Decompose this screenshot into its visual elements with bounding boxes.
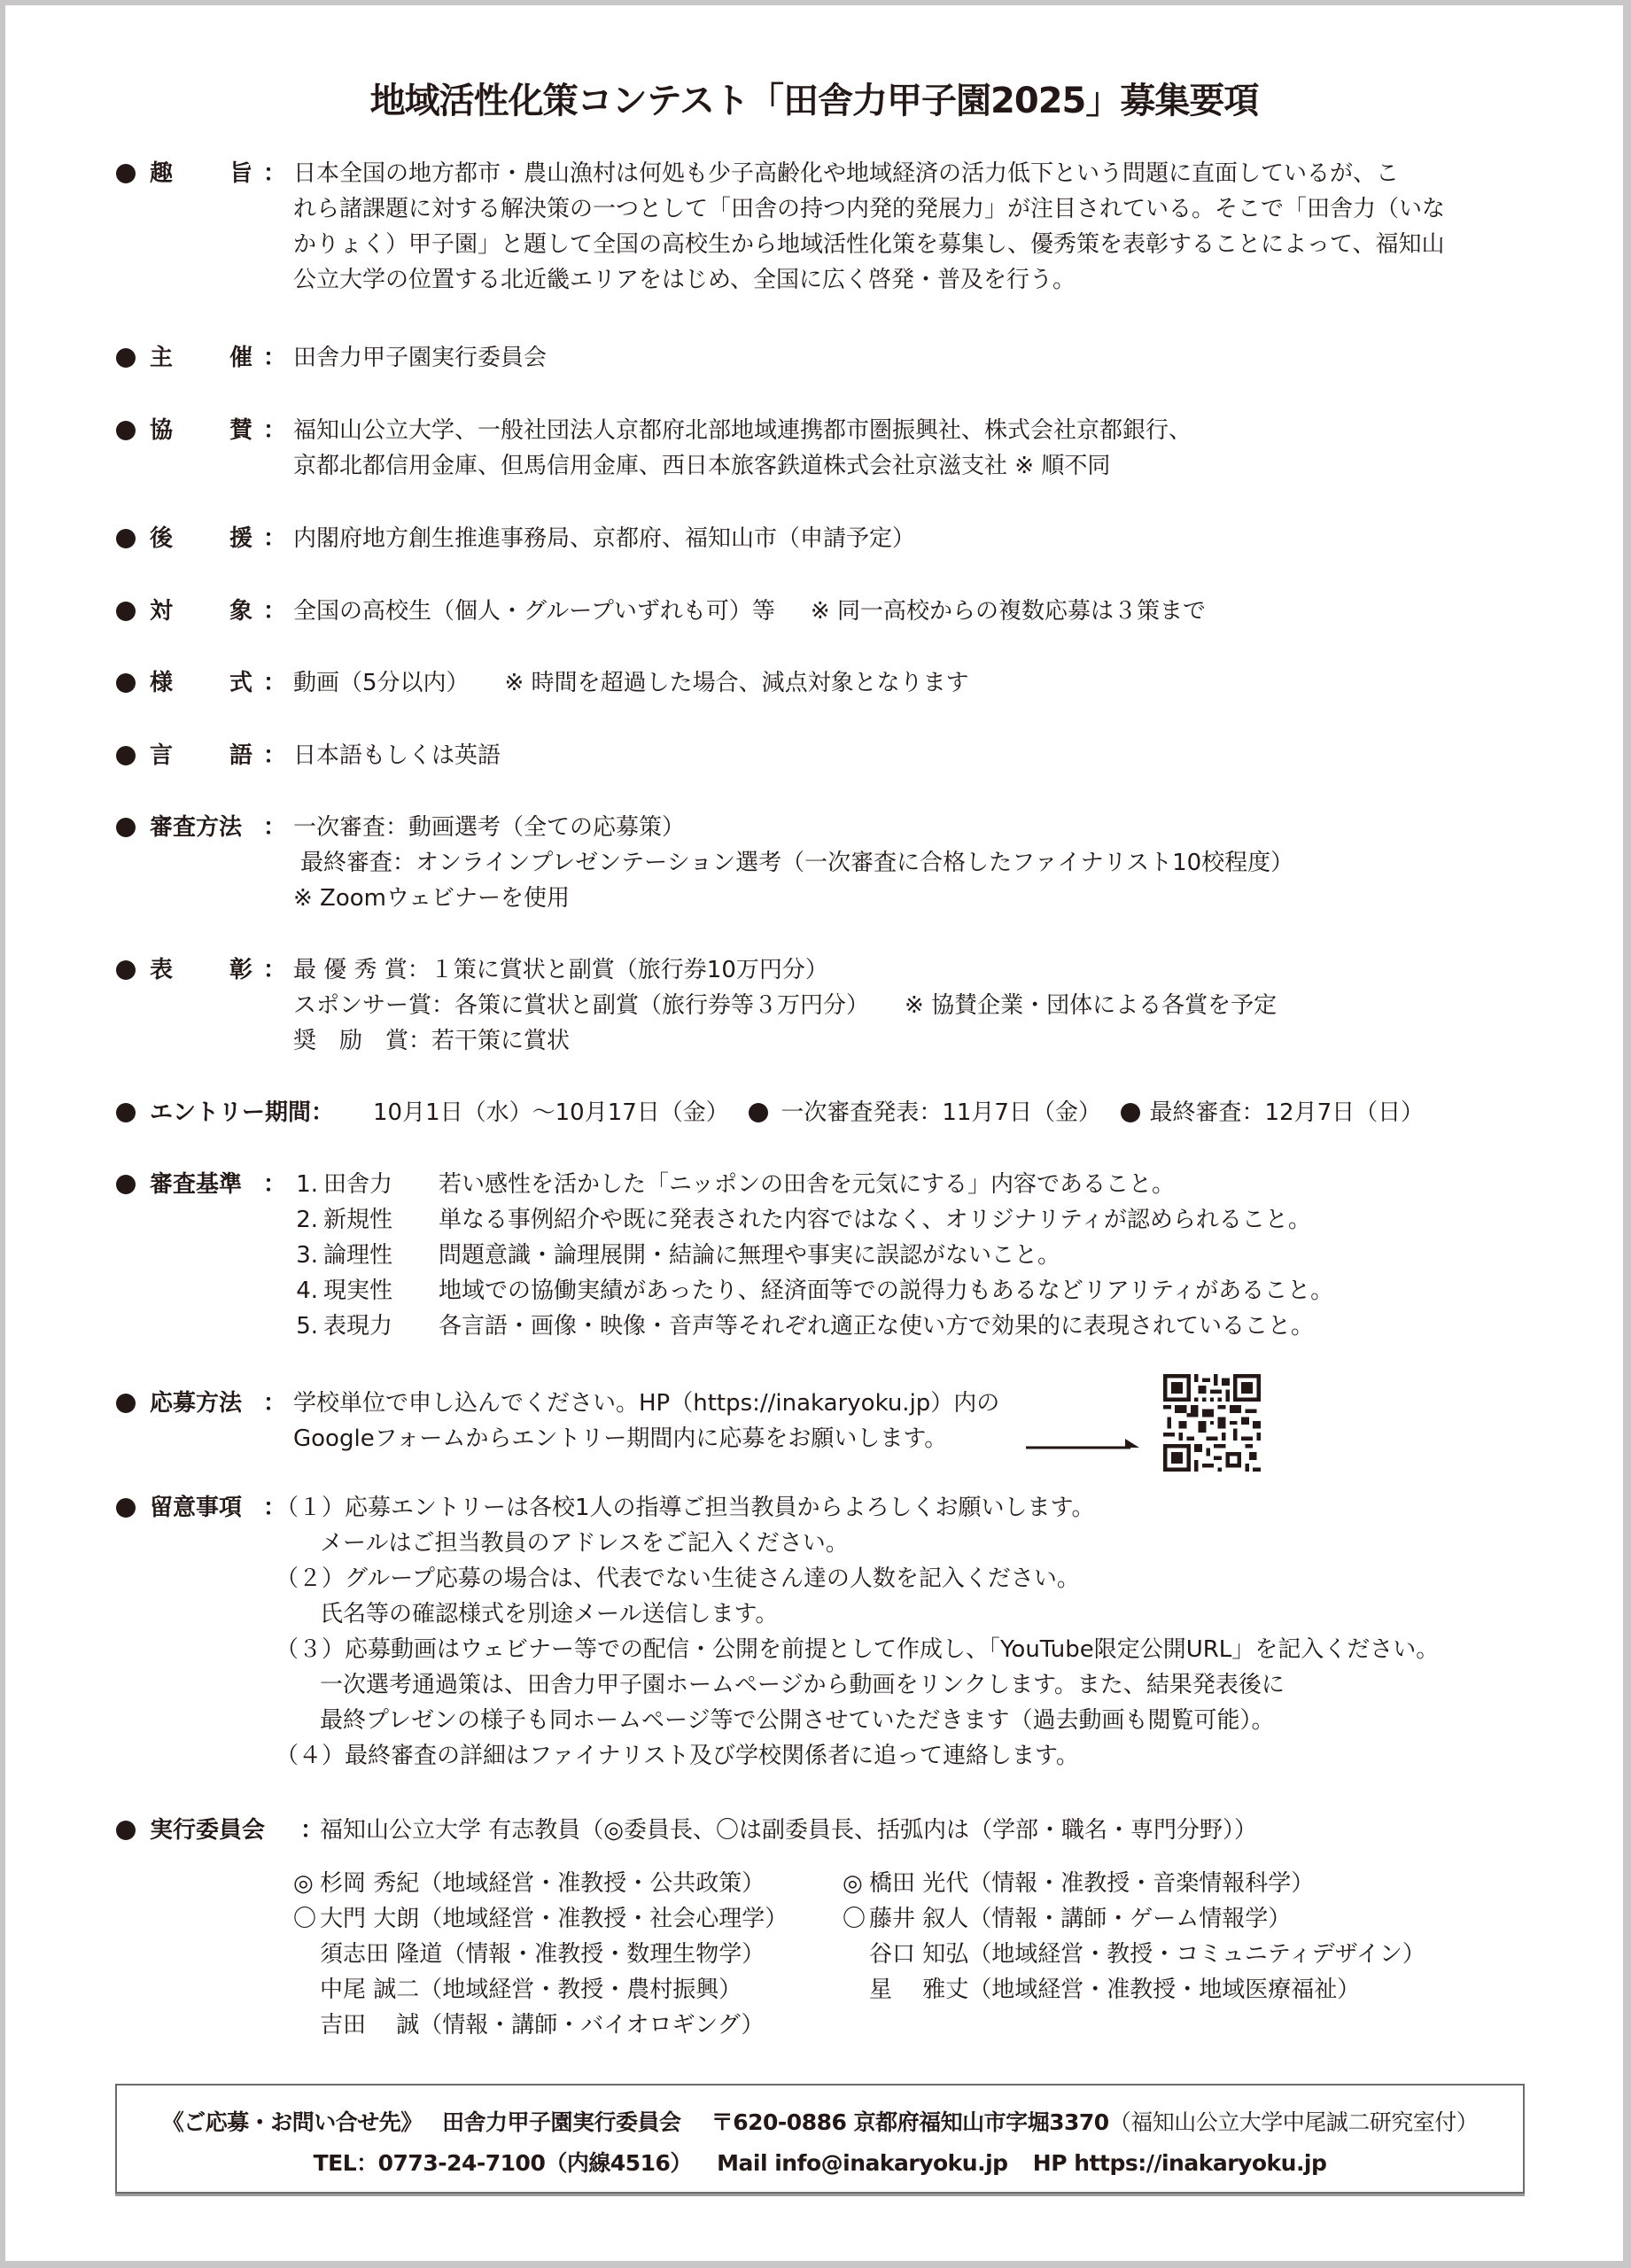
members-right: ◎橋田 光代（情報・准教授・音楽情報科学） 〇藤井 叙人（情報・講師・ゲーム情報… xyxy=(843,1866,1425,2008)
section-label: エントリー期間： xyxy=(150,1095,334,1130)
bullet-icon xyxy=(116,421,136,440)
member: ◎杉岡 秀紀（地域経営・准教授・公共政策） xyxy=(293,1866,788,1901)
first-result-date: 一次審査発表：11月7日（金） xyxy=(781,1099,1101,1126)
section-body: 10月1日（水）～10月17日（金） 一次審査発表：11月7日（金） 最終審査：… xyxy=(373,1095,1424,1130)
section-body: 一次審査：動画選考（全ての応募策） 最終審査：オンラインプレゼンテーション選考（… xyxy=(293,810,1293,916)
contact-address-line: 《ご応募・お問い合せ先》 田舎力甲子園実行委員会 〒620-0886 京都府福知… xyxy=(117,2105,1523,2137)
bullet-icon xyxy=(116,1175,136,1194)
document-page: 地域活性化策コンテスト「田舎力甲子園2025」募集要項 趣旨： 日本全国の地方都… xyxy=(5,5,1623,2261)
bullet-icon xyxy=(116,164,136,183)
contact-tel-line: TEL：0773-24-7100（内線4516） Mail info@inaka… xyxy=(117,2146,1523,2178)
member: 〇大門 大朗（地域経営・准教授・社会心理学） xyxy=(293,1901,788,1937)
contact-org: 田舎力甲子園実行委員会 xyxy=(442,2109,681,2135)
section-body: （１）応募エントリーは各校1人の指導ご担当教員からよろしくお願いします。 メール… xyxy=(276,1490,1439,1774)
note-item: （２）グループ応募の場合は、代表でない生徒さん達の人数を記入ください。 xyxy=(276,1561,1439,1596)
bullet-icon xyxy=(1121,1103,1140,1122)
members-left: ◎杉岡 秀紀（地域経営・准教授・公共政策） 〇大門 大朗（地域経営・准教授・社会… xyxy=(293,1866,788,2043)
section-body: 1.田舎力若い感性を活かした「ニッポンの田舎を元気にする」内容であること。 2.… xyxy=(284,1167,1333,1344)
bullet-icon xyxy=(749,1103,768,1122)
section-body: 田舎力甲子園実行委員会 xyxy=(293,340,547,376)
contact-box: 《ご応募・お問い合せ先》 田舎力甲子園実行委員会 〒620-0886 京都府福知… xyxy=(115,2084,1525,2194)
member: 須志田 隆道（情報・准教授・数理生物学） xyxy=(293,1937,788,1972)
contact-tel[interactable]: TEL：0773-24-7100（内線4516） xyxy=(314,2150,692,2176)
note: ※ 時間を超過した場合、減点対象となります xyxy=(505,670,969,696)
section-body: 日本語もしくは英語 xyxy=(293,738,501,773)
contact-heading: 《ご応募・お問い合せ先》 xyxy=(162,2109,423,2135)
bullet-icon xyxy=(116,1103,136,1122)
bullet-icon xyxy=(116,529,136,548)
note-item: （１）応募エントリーは各校1人の指導ご担当教員からよろしくお願いします。 xyxy=(276,1490,1439,1526)
bullet-icon xyxy=(116,746,136,765)
member: 谷口 知弘（地域経営・教授・コミュニティデザイン） xyxy=(843,1937,1425,1972)
section-body: 最 優 秀 賞：１策に賞状と副賞（旅行券10万円分） スポンサー賞：各策に賞状と… xyxy=(293,952,1277,1059)
entry-period: 10月1日（水）～10月17日（金） xyxy=(373,1099,729,1126)
bullet-icon xyxy=(116,818,136,837)
contact-address-note: （福知山公立大学中尾誠二研究室付） xyxy=(1109,2109,1479,2135)
bullet-icon xyxy=(116,1498,136,1518)
contact-mail[interactable]: Mail info@inakaryoku.jp xyxy=(717,2150,1007,2176)
qr-code-icon[interactable] xyxy=(1163,1374,1261,1472)
note: ※ 同一高校からの複数応募は３策まで xyxy=(811,598,1206,625)
bullet-icon xyxy=(116,1821,136,1840)
final-review-date: 最終審査：12月7日（日） xyxy=(1150,1099,1425,1126)
committee-intro: 福知山公立大学 有志教員（◎委員長、〇は副委員長、括弧内は（学部・職名・専門分野… xyxy=(320,1813,1257,1848)
bullet-icon xyxy=(116,348,136,368)
contact-hp-link[interactable]: HP https://inakaryoku.jp xyxy=(1033,2150,1327,2176)
note-item: （４）最終審査の詳細はファイナリスト及び学校関係者に追って連絡します。 xyxy=(276,1738,1439,1774)
note-item: （３）応募動画はウェビナー等での配信・公開を前提として作成し、「YouTube限… xyxy=(276,1632,1439,1667)
bullet-icon xyxy=(116,1394,136,1413)
bullet-icon xyxy=(116,602,136,621)
section-body: 福知山公立大学、一般社団法人京都府北部地域連携都市圏振興社、株式会社京都銀行、 … xyxy=(293,413,1192,484)
criteria-item: 1.田舎力若い感性を活かした「ニッポンの田舎を元気にする」内容であること。 xyxy=(284,1167,1333,1202)
section-body: 学校単位で申し込んでください。HP（https://inakaryoku.jp）… xyxy=(293,1386,999,1456)
section-body: 全国の高校生（個人・グループいずれも可）等※ 同一高校からの複数応募は３策まで xyxy=(293,594,1206,629)
page-title: 地域活性化策コンテスト「田舎力甲子園2025」募集要項 xyxy=(5,73,1623,123)
contact-address: 〒620-0886 京都府福知山市字堀3370 xyxy=(711,2109,1109,2135)
bullet-icon xyxy=(116,960,136,980)
criteria-item: 5.表現力各言語・画像・映像・音声等それぞれ適正な使い方で効果的に表現されている… xyxy=(284,1309,1333,1344)
member: 星 雅丈（地域経営・准教授・地域医療福祉） xyxy=(843,1972,1425,2008)
criteria-item: 4.現実性地域での協働実績があったり、経済面等での説得力もあるなどリアリティがあ… xyxy=(284,1273,1333,1309)
member: ◎橋田 光代（情報・准教授・音楽情報科学） xyxy=(843,1866,1425,1901)
arrow-right-icon xyxy=(1026,1437,1141,1455)
member: 吉田 誠（情報・講師・バイオロギング） xyxy=(293,2008,788,2043)
member: 中尾 誠二（地域経営・教授・農村振興） xyxy=(293,1972,788,2008)
bullet-icon xyxy=(116,673,136,693)
criteria-item: 2.新規性単なる事例紹介や既に発表された内容ではなく、オリジナリティが認められる… xyxy=(284,1202,1333,1238)
section-body: 動画（5分以内）※ 時間を超過した場合、減点対象となります xyxy=(293,665,969,701)
criteria-item: 3.論理性問題意識・論理展開・結論に無理や事実に誤認がないこと。 xyxy=(284,1238,1333,1273)
member: 〇藤井 叙人（情報・講師・ゲーム情報学） xyxy=(843,1901,1425,1937)
section-body: 内閣府地方創生推進事務局、京都府、福知山市（申請予定） xyxy=(293,521,915,556)
note: ※ 協賛企業・団体による各賞を予定 xyxy=(905,992,1277,1019)
section-body: 日本全国の地方都市・農山漁村は何処も少子高齢化や地域経済の活力低下という問題に直… xyxy=(293,156,1445,298)
